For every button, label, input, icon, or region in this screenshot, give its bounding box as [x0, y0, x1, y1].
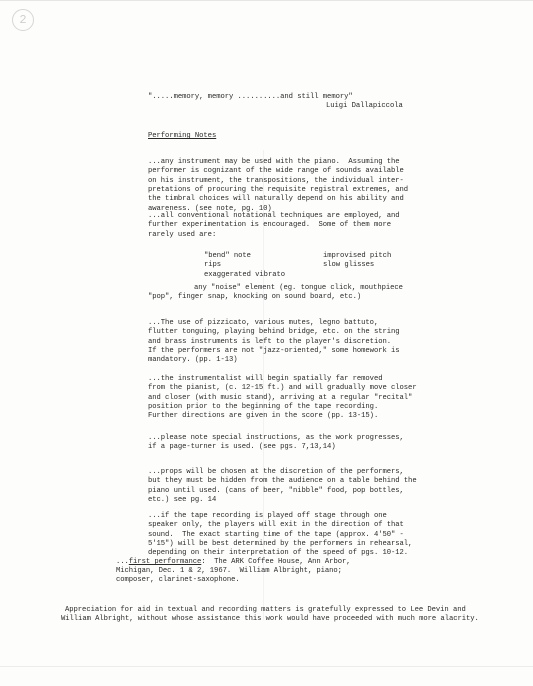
first-performance-line1: ...first performance: The ARK Coffee Hou… [116, 558, 351, 567]
note-1-line: performer is cognizant of the wide range… [148, 167, 404, 176]
note-2-line: further experimentation is encouraged. S… [148, 221, 391, 230]
scan-edge-top [0, 0, 533, 1]
note-5-line: if a page-turner is used. (see pgs. 7,13… [148, 443, 336, 452]
note-4-line: position prior to the beginning of the t… [148, 403, 378, 412]
note-1-line: pretations of procuring the requisite re… [148, 186, 408, 195]
acknowledgement-line1: Appreciation for aid in textual and reco… [65, 606, 466, 615]
note-1-line: ...any instrument may be used with the p… [148, 158, 400, 167]
note-2-line: ...all conventional notational technique… [148, 212, 400, 221]
note-7-line: ...if the tape recording is played off s… [148, 512, 387, 521]
technique-item: rips [204, 261, 221, 270]
note-6-line: piano until used. (cans of beer, "nibble… [148, 487, 404, 496]
note-3-line: and brass instruments is left to the pla… [148, 338, 391, 347]
note-7-line: 5'15") will be best determined by the pe… [148, 540, 412, 549]
epigraph-quote: ".....memory, memory ..........and still… [148, 93, 353, 102]
note-4-line: and closer (with music stand), arriving … [148, 394, 412, 403]
page-number: 2 [12, 9, 34, 31]
noise-element-line: "pop", finger snap, knocking on sound bo… [148, 293, 361, 302]
note-3-line: mandatory. (pp. 1-13) [148, 356, 238, 365]
epigraph-author: Luigi Dallapiccola [326, 102, 403, 111]
technique-item: improvised pitch [323, 252, 391, 261]
note-7-line: sound. The exact starting time of the ta… [148, 531, 404, 540]
noise-element-line: any "noise" element (eg. tongue click, m… [194, 284, 403, 293]
section-heading: Performing Notes [148, 132, 216, 141]
note-6-line: but they must be hidden from the audienc… [148, 477, 417, 486]
note-6-line: ...props will be chosen at the discretio… [148, 468, 404, 477]
technique-item: slow glisses [323, 261, 374, 270]
note-1-line: on his instrument, the transpositions, t… [148, 177, 404, 186]
technique-item: "bend" note [204, 252, 251, 261]
first-performance-line3: composer, clarinet-saxophone. [116, 576, 240, 585]
ellipsis: ... [116, 558, 129, 566]
note-3-line: If the performers are not "jazz-oriented… [148, 347, 400, 356]
note-6-line: etc.) see pg. 14 [148, 496, 216, 505]
first-performance-label: first performance [129, 558, 201, 566]
note-1-line: the timbral choices will naturally depen… [148, 195, 404, 204]
note-4-line: from the pianist, (c. 12-15 ft.) and wil… [148, 384, 417, 393]
note-3-line: ...The use of pizzicato, various mutes, … [148, 319, 378, 328]
technique-item: exaggerated vibrato [204, 271, 285, 280]
note-4-line: ...the instrumentalist will begin spatia… [148, 375, 382, 384]
note-2-line: rarely used are: [148, 231, 216, 240]
acknowledgement-line2: William Albright, without whose assistan… [61, 615, 479, 624]
note-4-line: Further directions are given in the scor… [148, 412, 378, 421]
note-5-line: ...please note special instructions, as … [148, 434, 404, 443]
paper-fold-line-bottom [0, 666, 533, 667]
first-performance-venue: : The ARK Coffee House, Ann Arbor, [201, 558, 350, 566]
note-7-line: speaker only, the players will exit in t… [148, 521, 404, 530]
first-performance-line2: Michigan, Dec. 1 & 2, 1967. William Albr… [116, 567, 342, 576]
note-3-line: flutter tonguing, playing behind bridge,… [148, 328, 400, 337]
